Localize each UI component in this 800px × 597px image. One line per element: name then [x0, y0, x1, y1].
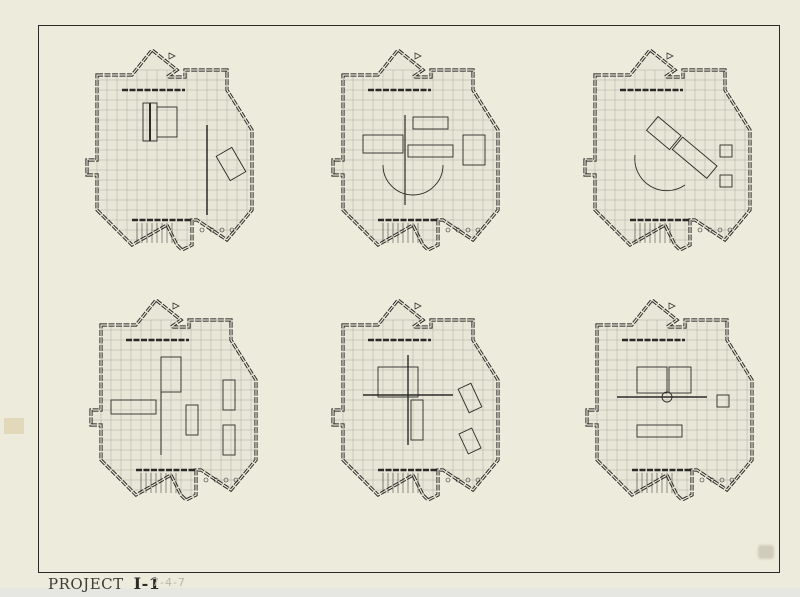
- floor-plan-drawing: [318, 45, 518, 255]
- north-arrow-icon: [667, 53, 673, 59]
- north-arrow-icon: [173, 303, 179, 309]
- floor-plan-drawing: [76, 295, 276, 505]
- north-arrow-icon: [415, 53, 421, 59]
- project-label: PROJECTI-1: [48, 574, 160, 593]
- floor-plan-3: [570, 45, 770, 255]
- floor-plan-drawing: [72, 45, 272, 255]
- floor-plan-5: [318, 295, 518, 505]
- project-title: PROJECT: [48, 575, 124, 593]
- floor-plan-6: [572, 295, 772, 505]
- floor-plan-drawing: [318, 295, 518, 505]
- floor-plan-drawing: [570, 45, 770, 255]
- north-arrow-icon: [415, 303, 421, 309]
- floor-plan-1: [72, 45, 272, 255]
- floor-plan-4: [76, 295, 276, 505]
- floor-plan-drawing: [572, 295, 772, 505]
- floor-plan-2: [318, 45, 518, 255]
- north-arrow-icon: [669, 303, 675, 309]
- pencil-note: 7-4-7: [152, 576, 186, 589]
- smudge-mark: [758, 545, 774, 559]
- tape-mark: [4, 418, 24, 434]
- north-arrow-icon: [169, 53, 175, 59]
